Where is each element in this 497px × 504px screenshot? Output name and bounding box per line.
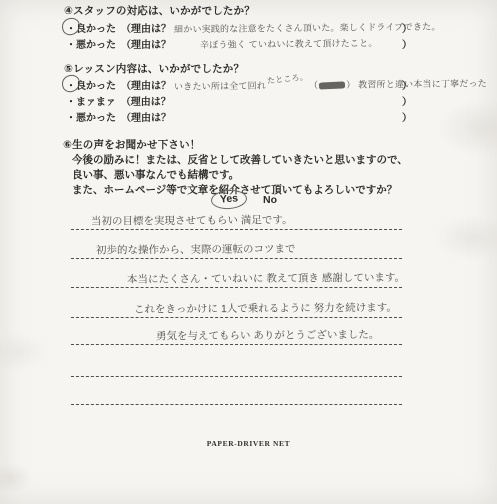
close-paren: ） xyxy=(346,80,355,90)
open-paren: （ xyxy=(309,80,318,90)
handwritten-comment: 勇気を与えてもらい ありがとうございました。 xyxy=(71,327,380,345)
close-paren: ） xyxy=(402,77,412,92)
footer-brand: PAPER-DRIVER NET xyxy=(0,439,497,448)
handwritten-comment: 当初の目標を実現させてもらい 満足です。 xyxy=(71,212,293,230)
comment-line: 当初の目標を実現させてもらい 満足です。 xyxy=(71,203,402,230)
comment-line-empty xyxy=(71,350,402,377)
comment-line: 本当にたくさん・ていねいに 教えて頂き 感謝しています。 xyxy=(71,261,402,288)
comment-line: これをきっかけに 1人で乗れるように 努力を続けます。 xyxy=(71,291,402,318)
q4-option-bad-row: ・悪かった（理由は？ 辛ぼう強く ていねいに教えて頂けたこと。 ） xyxy=(66,36,411,49)
close-paren: ） xyxy=(402,109,412,124)
option-label: ・悪かった xyxy=(66,113,116,124)
handwritten-answer: いきたい所は全て回れたところ。（） 教習所と違い本当に丁寧だった xyxy=(174,76,487,92)
inserted-correction-text: たところ。 xyxy=(266,71,308,86)
comment-line: 勇気を与えてもらい ありがとうございました。 xyxy=(71,318,402,345)
close-paren: ） xyxy=(402,36,412,51)
q5-option-good-row: ・良かった（理由は？ いきたい所は全て回れたところ。（） 教習所と違い本当に丁寧… xyxy=(66,77,411,90)
reason-prefix: （理由は？ xyxy=(121,81,171,92)
option-label: ・良かった xyxy=(66,24,116,35)
q6-body-line-2: 良い事、悪い事なんでも結構です。 xyxy=(72,167,239,182)
reason-prefix: （理由は？ xyxy=(121,24,171,35)
handwritten-comment: 初歩的な操作から、実際の運転のコツまで xyxy=(71,241,296,259)
handwritten-comment: 本当にたくさん・ていねいに 教えて頂き 感謝しています。 xyxy=(71,270,405,288)
question-5-title: ⑤レッスン内容は、いかがでしたか？ xyxy=(64,61,244,76)
reason-prefix: （理由は？ xyxy=(121,97,171,108)
handwritten-comment: これをきっかけに 1人で乗れるように 努力を続けます。 xyxy=(71,300,397,318)
reason-prefix: （理由は？ xyxy=(121,40,171,51)
question-4-title: ④スタッフの対応は、いかがでしたか？ xyxy=(64,3,255,18)
reason-prefix: （理由は？ xyxy=(121,113,171,124)
q6-body-line-1: 今後の励みに！または、反省として改善していきたいと思いますので、 xyxy=(72,152,408,167)
answer-text: いきたい所は全て回れ xyxy=(174,81,266,92)
scribbled-out-word xyxy=(319,82,345,90)
handwritten-answer: 細かい実践的な注意をたくさん頂いた。楽しくドライブできた。 xyxy=(174,20,441,36)
handwritten-answer: 辛ぼう強く ていねいに教えて頂けたこと。 xyxy=(200,36,378,51)
comment-line: 初歩的な操作から、実際の運転のコツまで xyxy=(71,232,402,259)
close-paren: ） xyxy=(402,93,412,108)
option-label: ・悪かった xyxy=(66,40,116,51)
option-label: ・まァまァ xyxy=(66,97,116,108)
option-label: ・良かった xyxy=(66,81,116,92)
close-paren: ） xyxy=(402,20,412,35)
comment-line-empty xyxy=(71,378,402,405)
q5-option-bad-row: ・悪かった（理由は？ ） xyxy=(66,109,411,122)
question-6-title: ⑥生の声をお聞かせ下さい！ xyxy=(63,137,201,152)
q5-option-soso-row: ・まァまァ（理由は？ ） xyxy=(66,93,411,106)
q4-option-good-row: ・良かった（理由は？ 細かい実践的な注意をたくさん頂いた。楽しくドライブできた。… xyxy=(66,20,411,33)
scanned-questionnaire: ④スタッフの対応は、いかがでしたか？ ・良かった（理由は？ 細かい実践的な注意を… xyxy=(0,0,497,504)
answer-text: 教習所と違い本当に丁寧だった xyxy=(358,78,487,89)
